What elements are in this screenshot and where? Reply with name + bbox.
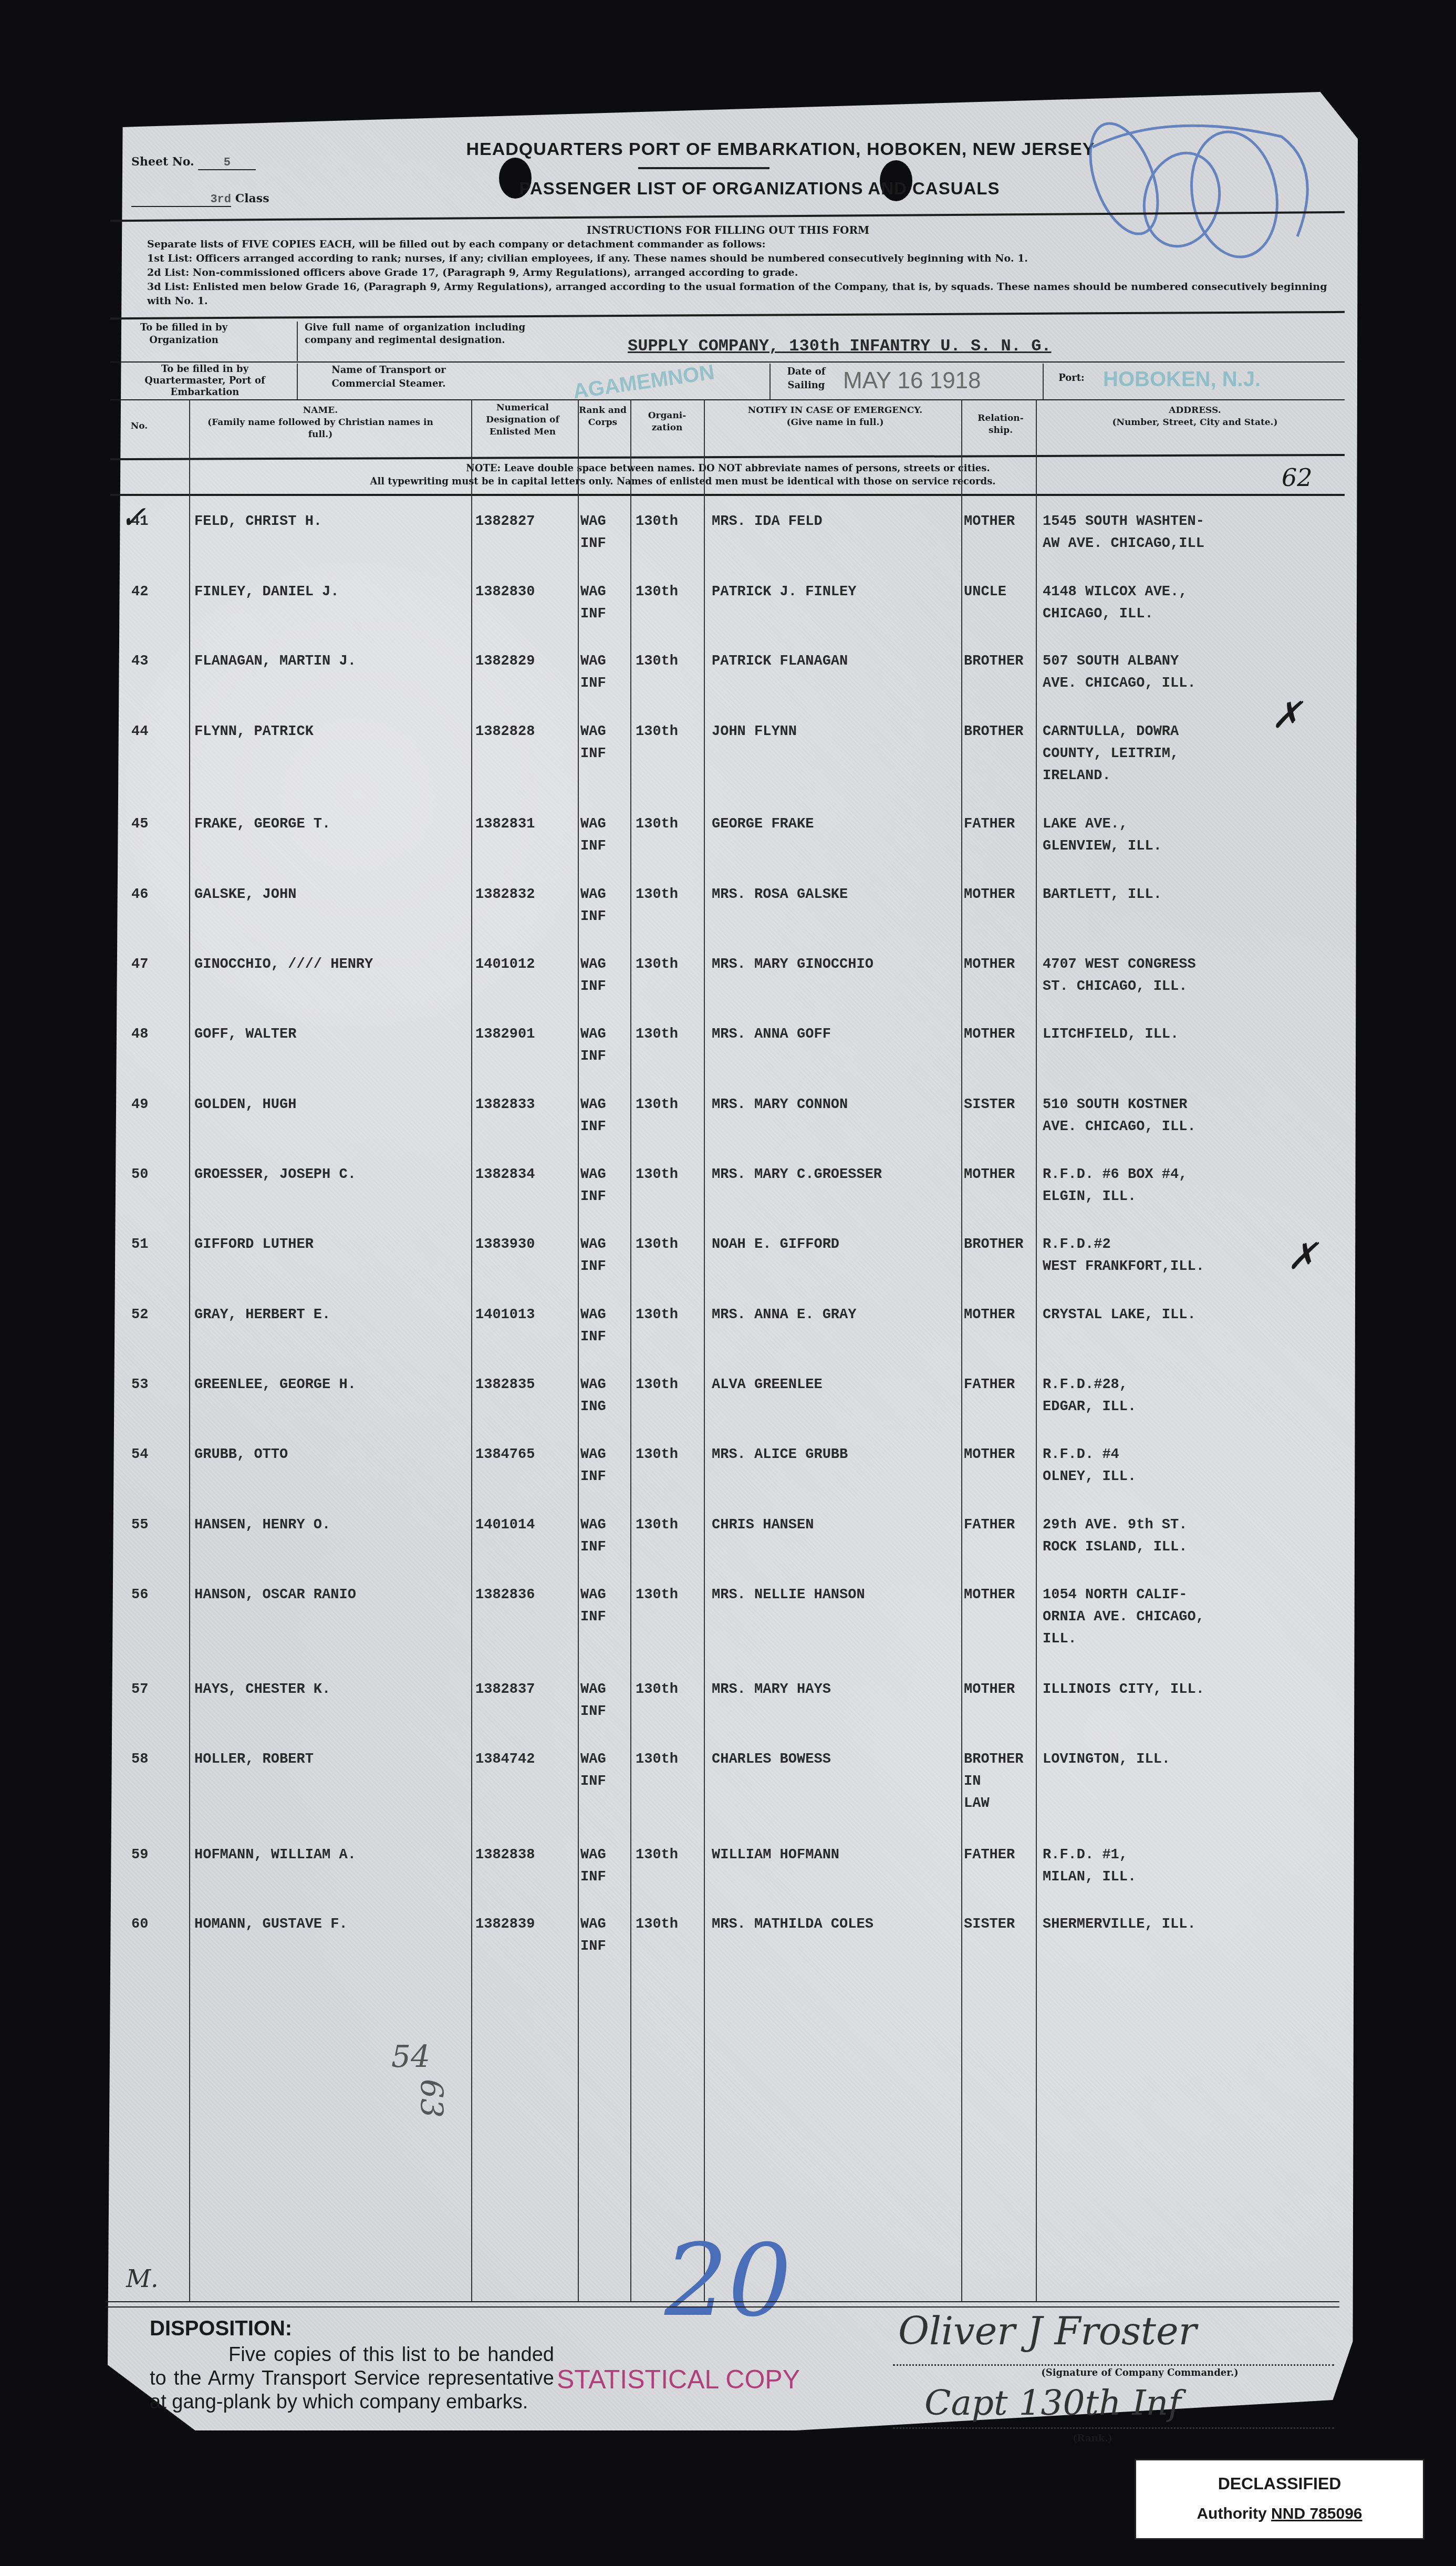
soldier-name: HANSEN, HENRY O. [194, 1514, 467, 1536]
cell-divider [769, 364, 771, 400]
rank-corps: WAG INF [580, 1584, 630, 1628]
instructions-list-3: 3d List: Enlisted men below Grade 16, (P… [147, 280, 1350, 308]
row-number: 58 [131, 1748, 184, 1771]
transport-name-label: Name of Transport or Commercial Steamer. [305, 364, 473, 391]
rank-line [893, 2427, 1334, 2429]
service-number: 1382831 [475, 813, 575, 835]
relationship: FATHER [964, 1844, 1037, 1866]
service-number: 1382839 [475, 1913, 575, 1936]
row-number: 43 [131, 650, 184, 672]
declassified-title: DECLASSIFIED [1136, 2474, 1423, 2493]
col-divider [961, 399, 962, 2301]
organization: 130th [636, 1748, 704, 1771]
row-number: 46 [131, 884, 184, 906]
service-number: 1382836 [475, 1584, 575, 1606]
emergency-contact: MRS. ROSA GALSKE [712, 884, 959, 906]
organization: 130th [636, 813, 704, 835]
col-header-address: ADDRESS. (Number, Street, City and State… [1051, 405, 1339, 429]
organization: 130th [636, 884, 704, 906]
col-header-notify: NOTIFY IN CASE OF EMERGENCY. (Give name … [725, 405, 945, 429]
col-divider [1036, 399, 1037, 2301]
commander-signature: Oliver J Froster [898, 2309, 1197, 2353]
address: R.F.D.#28, EDGAR, ILL. [1043, 1374, 1342, 1418]
address: R.F.D. #4 OLNEY, ILL. [1043, 1444, 1342, 1488]
relationship: BROTHER IN LAW [964, 1748, 1037, 1815]
service-number: 1382834 [475, 1164, 575, 1186]
rank-corps: WAG INF [580, 650, 630, 695]
col-header-rank: Rank and Corps [578, 405, 628, 429]
sailing-date-value: MAY 16 1918 [843, 368, 981, 394]
service-number: 1382835 [475, 1374, 575, 1396]
emergency-contact: MRS. ALICE GRUBB [712, 1444, 959, 1466]
service-number: 1384742 [475, 1748, 575, 1771]
soldier-name: FRAKE, GEORGE T. [194, 813, 467, 835]
rank-corps: WAG INF [580, 1094, 630, 1138]
rank-corps: WAG INF [580, 1748, 630, 1793]
service-number: 1382837 [475, 1679, 575, 1701]
emergency-contact: MRS. ANNA GOFF [712, 1023, 959, 1046]
organization: 130th [636, 1374, 704, 1396]
row-number: 54 [131, 1444, 184, 1466]
cell-divider [1043, 364, 1044, 400]
emergency-contact: ALVA GREENLEE [712, 1374, 959, 1396]
col-divider [704, 399, 705, 2301]
relationship: MOTHER [964, 1023, 1037, 1046]
relationship: FATHER [964, 813, 1037, 835]
row-number: 44 [131, 721, 184, 743]
organization: 130th [636, 1679, 704, 1701]
address: 29th AVE. 9th ST. ROCK ISLAND, ILL. [1043, 1514, 1342, 1558]
rank-corps: WAG INF [580, 884, 630, 928]
soldier-name: GOLDEN, HUGH [194, 1094, 467, 1116]
row-number: 41 [131, 511, 184, 533]
rank-corps: WAG INF [580, 581, 630, 625]
statistical-copy-stamp: STATISTICAL COPY [557, 2364, 800, 2395]
port-label: Port: [1053, 372, 1090, 385]
relationship: BROTHER [964, 1234, 1037, 1256]
row-number: 53 [131, 1374, 184, 1396]
emergency-contact: MRS. MATHILDA COLES [712, 1913, 959, 1936]
org-filled-by-label: To be filled in by Organization [131, 322, 236, 347]
organization: 130th [636, 1023, 704, 1046]
col-header-relation: Relation-ship. [966, 412, 1035, 437]
service-number: 1382827 [475, 511, 575, 533]
service-number: 1401014 [475, 1514, 575, 1536]
emergency-contact: MRS. MARY CONNON [712, 1094, 959, 1116]
instructions-list-1: 1st List: Officers arranged according to… [147, 252, 1355, 266]
rank-corps: WAG INF [580, 1514, 630, 1558]
col-header-no: No. [113, 420, 165, 432]
sailing-date-label: Date of Sailing [783, 365, 830, 392]
address: ILLINOIS CITY, ILL. [1043, 1679, 1342, 1701]
cross-mark-icon: ✗ [1271, 694, 1302, 737]
disposition-text: Five copies of this list to be handed to… [150, 2343, 554, 2414]
organization-name: SUPPLY COMPANY, 130th INFANTRY U. S. N. … [628, 336, 1052, 356]
service-number: 1382830 [475, 581, 575, 603]
address: LOVINGTON, ILL. [1043, 1748, 1342, 1771]
soldier-name: GRAY, HERBERT E. [194, 1304, 467, 1326]
organization: 130th [636, 1844, 704, 1866]
tally-top: 54 [391, 2039, 430, 2074]
emergency-contact: MRS. IDA FELD [712, 511, 959, 533]
disposition-heading: DISPOSITION: [150, 2317, 292, 2341]
soldier-name: HANSON, OSCAR RANIO [194, 1584, 467, 1606]
emergency-contact: GEORGE FRAKE [712, 813, 959, 835]
organization: 130th [636, 954, 704, 976]
emergency-contact: MRS. MARY GINOCCHIO [712, 954, 959, 976]
declassified-authority: Authority NND 785096 [1136, 2505, 1423, 2523]
organization: 130th [636, 581, 704, 603]
soldier-name: GOFF, WALTER [194, 1023, 467, 1046]
col-header-name: NAME. (Family name followed by Christian… [194, 405, 446, 441]
soldier-name: HOFMANN, WILLIAM A. [194, 1844, 467, 1866]
emergency-contact: JOHN FLYNN [712, 721, 959, 743]
row-number: 45 [131, 813, 184, 835]
emergency-contact: PATRICK FLANAGAN [712, 650, 959, 672]
soldier-name: FLANAGAN, MARTIN J. [194, 650, 467, 672]
emergency-contact: MRS. ANNA E. GRAY [712, 1304, 959, 1326]
col-divider [471, 399, 472, 2301]
emergency-contact: CHARLES BOWESS [712, 1748, 959, 1771]
row-number: 59 [131, 1844, 184, 1866]
relationship: MOTHER [964, 954, 1037, 976]
organization: 130th [636, 511, 704, 533]
row-number: 47 [131, 954, 184, 976]
service-number: 1382832 [475, 884, 575, 906]
row-number: 52 [131, 1304, 184, 1326]
declassified-label: DECLASSIFIED Authority NND 785096 [1135, 2459, 1424, 2540]
rank-label: (Rank.) [1051, 2433, 1135, 2445]
address: 4148 WILCOX AVE., CHICAGO, ILL. [1043, 581, 1342, 625]
relationship: BROTHER [964, 650, 1037, 672]
row-number: 51 [131, 1234, 184, 1256]
tally-bottom: 63 [414, 2079, 450, 2118]
row-number: 48 [131, 1023, 184, 1046]
row-number: 57 [131, 1679, 184, 1701]
soldier-name: FLYNN, PATRICK [194, 721, 467, 743]
cell-divider [297, 364, 298, 400]
rank-corps: WAG INF [580, 813, 630, 857]
address: 507 SOUTH ALBANY AVE. CHICAGO, ILL. [1043, 650, 1342, 695]
soldier-name: GROESSER, JOSEPH C. [194, 1164, 467, 1186]
cross-mark-icon: ✗ [1287, 1235, 1318, 1278]
soldier-name: FELD, CHRIST H. [194, 511, 467, 533]
instructions-list-2: 2d List: Non-commissioned officers above… [147, 266, 1339, 280]
service-number: 1401012 [475, 954, 575, 976]
relationship: FATHER [964, 1514, 1037, 1536]
relationship: MOTHER [964, 1584, 1037, 1606]
signature-line [893, 2364, 1334, 2366]
col-divider [630, 399, 631, 2301]
row-number: 42 [131, 581, 184, 603]
soldier-name: FINLEY, DANIEL J. [194, 581, 467, 603]
bottom-rule [105, 2306, 1339, 2308]
title-divider [638, 167, 769, 169]
relationship: FATHER [964, 1374, 1037, 1396]
soldier-name: GALSKE, JOHN [194, 884, 467, 906]
organization: 130th [636, 1234, 704, 1256]
rank-corps: WAG INF [580, 1844, 630, 1888]
commander-rank: Capt 130th Inf [924, 2383, 1181, 2423]
service-number: 1401013 [475, 1304, 575, 1326]
address: 1054 NORTH CALIF- ORNIA AVE. CHICAGO, IL… [1043, 1584, 1342, 1650]
emergency-contact: MRS. NELLIE HANSON [712, 1584, 959, 1606]
emergency-contact: PATRICK J. FINLEY [712, 581, 959, 603]
organization: 130th [636, 1584, 704, 1606]
rank-corps: WAG INF [580, 954, 630, 998]
relationship: BROTHER [964, 721, 1037, 743]
note-line-2: All typewriting must be in capital lette… [0, 474, 1366, 489]
row-number: 60 [131, 1913, 184, 1936]
soldier-name: GINOCCHIO, //// HENRY [194, 954, 467, 976]
rank-corps: WAG INF [580, 1234, 630, 1278]
transport-filled-by-label: To be filled in by Quartermaster, Port o… [121, 364, 289, 398]
service-number: 1382833 [475, 1094, 575, 1116]
emergency-contact: MRS. MARY C.GROESSER [712, 1164, 959, 1186]
divider-line [110, 399, 1345, 400]
soldier-name: GRUBB, OTTO [194, 1444, 467, 1466]
relationship: MOTHER [964, 1164, 1037, 1186]
organization: 130th [636, 1304, 704, 1326]
row-number: 50 [131, 1164, 184, 1186]
row-number: 49 [131, 1094, 184, 1116]
emergency-contact: MRS. MARY HAYS [712, 1679, 959, 1701]
organization: 130th [636, 1094, 704, 1116]
relationship: MOTHER [964, 1444, 1037, 1466]
service-number: 1382901 [475, 1023, 575, 1046]
relationship: SISTER [964, 1913, 1037, 1936]
organization: 130th [636, 1444, 704, 1466]
service-number: 1383930 [475, 1234, 575, 1256]
organization: 130th [636, 1913, 704, 1936]
relationship: UNCLE [964, 581, 1037, 603]
rank-corps: WAG INF [580, 1444, 630, 1488]
relationship: MOTHER [964, 1679, 1037, 1701]
rank-corps: WAG INF [580, 1304, 630, 1348]
address: R.F.D. #6 BOX #4, ELGIN, ILL. [1043, 1164, 1342, 1208]
col-divider [578, 399, 579, 2301]
organization: 130th [636, 650, 704, 672]
service-number: 1382829 [475, 650, 575, 672]
relationship: MOTHER [964, 1304, 1037, 1326]
col-divider [189, 399, 190, 2301]
note-line-1: NOTE: Leave double space between names. … [0, 461, 1456, 475]
address: CRYSTAL LAKE, ILL. [1043, 1304, 1342, 1326]
organization: 130th [636, 1514, 704, 1536]
address: 510 SOUTH KOSTNER AVE. CHICAGO, ILL. [1043, 1094, 1342, 1138]
rank-corps: WAG INF [580, 511, 630, 555]
rank-corps: WAG INF [580, 1679, 630, 1723]
bottom-rule [105, 2301, 1339, 2302]
address: SHERMERVILLE, ILL. [1043, 1913, 1342, 1936]
organization: 130th [636, 721, 704, 743]
relationship: MOTHER [964, 884, 1037, 906]
rank-corps: WAG INF [580, 1023, 630, 1068]
soldier-name: HOMANN, GUSTAVE F. [194, 1913, 467, 1936]
row-number: 56 [131, 1584, 184, 1606]
instructions-heading: INSTRUCTIONS FOR FILLING OUT THIS FORM [0, 223, 1456, 237]
org-instruction-label: Give full name of organization including… [305, 322, 525, 347]
signature-label: (Signature of Company Commander.) [956, 2367, 1324, 2379]
instructions-intro: Separate lists of FIVE COPIES EACH, will… [147, 237, 1339, 252]
col-header-org: Organi-zation [633, 410, 701, 434]
rank-corps: WAG INF [580, 721, 630, 765]
soldier-name: GREENLEE, GEORGE H. [194, 1374, 467, 1396]
soldier-name: GIFFORD LUTHER [194, 1234, 467, 1256]
blue-pencil-number: 20 [664, 2222, 792, 2339]
port-value: HOBOKEN, N.J. [1103, 368, 1261, 391]
address: BARTLETT, ILL. [1043, 884, 1342, 906]
service-number: 1384765 [475, 1444, 575, 1466]
emergency-contact: CHRIS HANSEN [712, 1514, 959, 1536]
soldier-name: HAYS, CHESTER K. [194, 1679, 467, 1701]
cell-divider [297, 322, 298, 361]
rank-corps: WAG INF [580, 1164, 630, 1208]
address: 4707 WEST CONGRESS ST. CHICAGO, ILL. [1043, 954, 1342, 998]
col-header-number: Numerical Designation of Enlisted Men [475, 402, 570, 438]
row-number: 55 [131, 1514, 184, 1536]
emergency-contact: WILLIAM HOFMANN [712, 1844, 959, 1866]
service-number: 1382828 [475, 721, 575, 743]
service-number: 1382838 [475, 1844, 575, 1866]
divider-line [110, 361, 1345, 363]
relationship: SISTER [964, 1094, 1037, 1116]
soldier-name: HOLLER, ROBERT [194, 1748, 467, 1771]
initials-mark: M. [126, 2264, 159, 2293]
organization: 130th [636, 1164, 704, 1186]
address: LITCHFIELD, ILL. [1043, 1023, 1342, 1046]
margin-count-mark: 62 [1282, 463, 1313, 492]
address: LAKE AVE., GLENVIEW, ILL. [1043, 813, 1342, 857]
rank-corps: WAG INF [580, 1913, 630, 1958]
address: 1545 SOUTH WASHTEN- AW AVE. CHICAGO,ILL [1043, 511, 1342, 555]
address: R.F.D. #1, MILAN, ILL. [1043, 1844, 1342, 1888]
emergency-contact: NOAH E. GIFFORD [712, 1234, 959, 1256]
rank-corps: WAG ING [580, 1374, 630, 1418]
divider-line [110, 494, 1345, 496]
relationship: MOTHER [964, 511, 1037, 533]
